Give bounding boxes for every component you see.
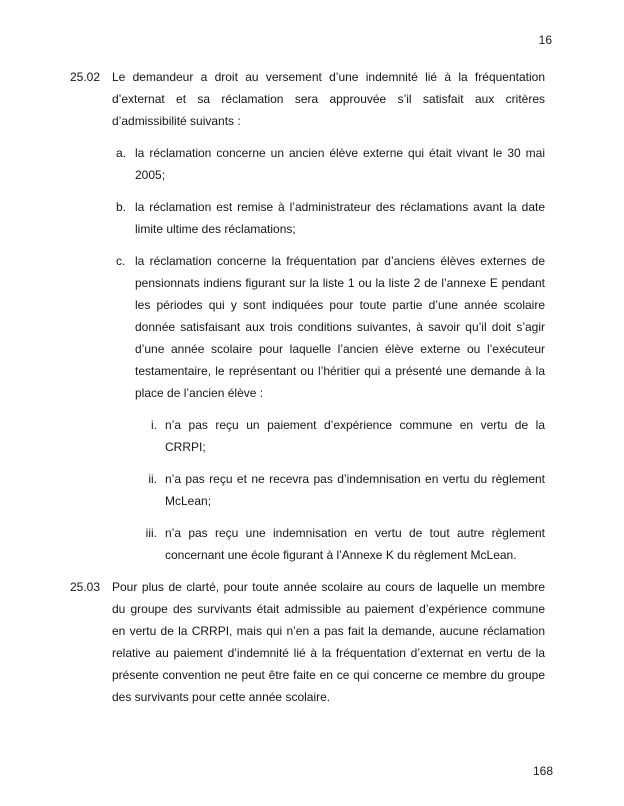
sub-item-ii: ii. n’a pas reçu et ne recevra pas d’ind… <box>135 468 545 512</box>
document-page: 16 25.02 Le demandeur a droit au verseme… <box>0 0 624 806</box>
paragraph-text: Pour plus de clarté, pour toute année sc… <box>112 576 545 708</box>
sub-item-marker: ii. <box>135 468 157 490</box>
paragraph-25-03: 25.03 Pour plus de clarté, pour toute an… <box>70 576 545 708</box>
footer-page-number: 168 <box>533 764 553 778</box>
document-body: 25.02 Le demandeur a droit au versement … <box>70 66 545 708</box>
list-item-a: a. la réclamation concerne un ancien élè… <box>116 142 545 186</box>
list-item-marker: c. <box>116 250 135 272</box>
list-item-body: la réclamation concerne la fréquentation… <box>135 250 545 566</box>
sub-item-text: n’a pas reçu un paiement d’expérience co… <box>165 414 545 458</box>
list-item-b: b. la réclamation est remise à l’adminis… <box>116 196 545 240</box>
sub-item-iii: iii. n’a pas reçu une indemnisation en v… <box>135 522 545 566</box>
list-item-c: c. la réclamation concerne la fréquentat… <box>116 250 545 566</box>
paragraph-body: Le demandeur a droit au versement d’une … <box>112 66 545 566</box>
paragraph-number: 25.02 <box>70 66 112 88</box>
list-item-marker: a. <box>116 142 135 164</box>
paragraph-text: Le demandeur a droit au versement d’une … <box>112 66 545 132</box>
sub-item-text: n’a pas reçu une indemnisation en vertu … <box>165 522 545 566</box>
header-page-number: 16 <box>539 33 552 47</box>
list-item-text: la réclamation concerne la fréquentation… <box>135 250 545 404</box>
list-item-text: la réclamation est remise à l’administra… <box>135 196 545 240</box>
list-item-marker: b. <box>116 196 135 218</box>
sub-item-i: i. n’a pas reçu un paiement d’expérience… <box>135 414 545 458</box>
list-item-text: la réclamation concerne un ancien élève … <box>135 142 545 186</box>
sub-item-marker: iii. <box>135 522 157 544</box>
sub-item-text: n’a pas reçu et ne recevra pas d’indemni… <box>165 468 545 512</box>
paragraph-number: 25.03 <box>70 576 112 598</box>
sub-item-marker: i. <box>135 414 157 436</box>
paragraph-25-02: 25.02 Le demandeur a droit au versement … <box>70 66 545 566</box>
